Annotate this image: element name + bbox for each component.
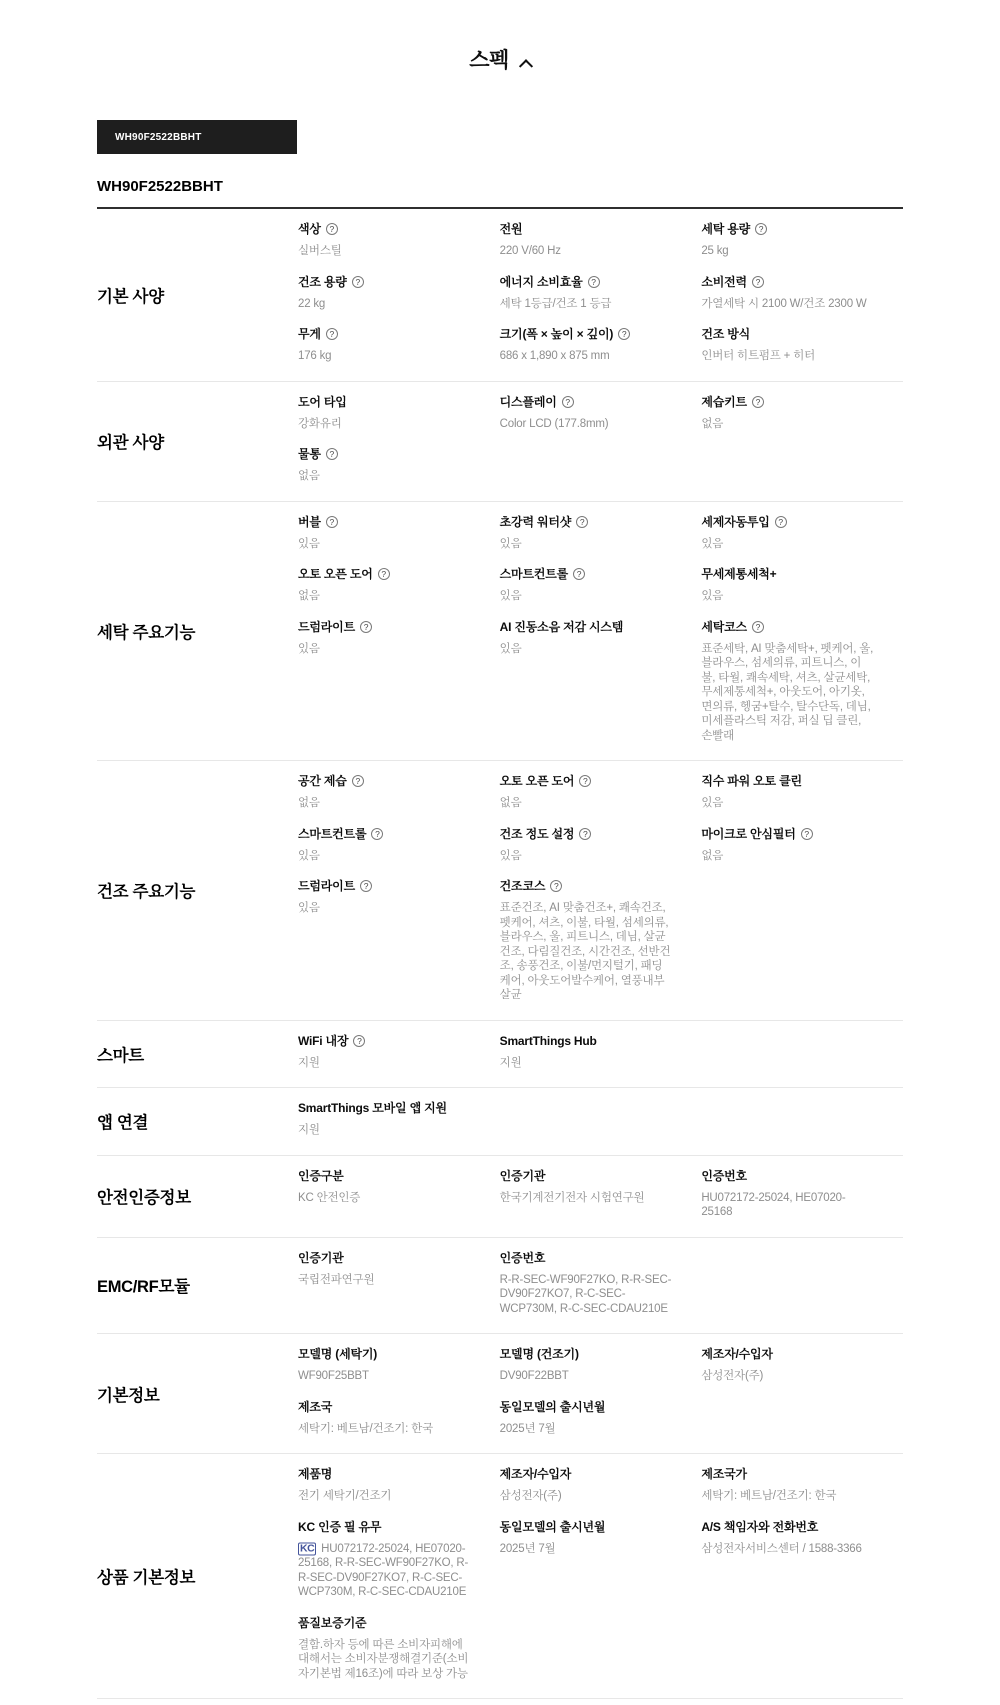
spec-value-row: 있음 [500, 589, 674, 604]
spec-label-row: 제조국 [298, 1400, 472, 1415]
section-grid: 색상 실버스틸 전원 220 V/60 Hz 세탁 용량 25 kg 건조 용량… [298, 216, 903, 374]
spec-label-row: 디스플레이 [500, 395, 674, 410]
spec-label: A/S 책임자와 전화번호 [701, 1520, 818, 1534]
spec-value: 220 V/60 Hz [500, 245, 561, 257]
spec-label-row: 도어 타입 [298, 395, 472, 410]
info-icon[interactable] [618, 328, 630, 340]
spec-cell: 버블 있음 [298, 509, 500, 562]
spec-label: 무세제통세척+ [701, 567, 776, 581]
spec-label-row: 동일모델의 출시년월 [500, 1400, 674, 1415]
spec-label-row: 모델명 (건조기) [500, 1347, 674, 1362]
spec-value: 25 kg [701, 245, 728, 257]
spec-label-row: 제조국가 [701, 1467, 875, 1482]
spec-value-row: 25 kg [701, 244, 875, 259]
info-icon[interactable] [352, 775, 364, 787]
spec-cell: 디스플레이 Color LCD (177.8mm) [500, 389, 702, 442]
spec-label: 마이크로 안심필터 [701, 827, 795, 841]
spec-label: 세탁 용량 [701, 222, 750, 236]
spec-value: 있음 [500, 850, 522, 862]
spec-value-row: 있음 [701, 796, 875, 811]
spec-value: 없음 [298, 590, 320, 602]
spec-table: 기본 사양 색상 실버스틸 전원 220 V/60 Hz 세탁 용량 25 kg… [97, 207, 903, 1699]
info-icon[interactable] [576, 516, 588, 528]
spec-cell: 세제자동투입 있음 [701, 509, 903, 562]
spec-value: 있음 [500, 643, 522, 655]
spec-label-row: 마이크로 안심필터 [701, 827, 875, 842]
spec-label: 제조자/수입자 [701, 1347, 773, 1361]
section-title: 안전인증정보 [97, 1163, 298, 1230]
info-icon[interactable] [326, 516, 338, 528]
spec-section-row: 세탁 주요기능 버블 있음 초강력 워터샷 있음 세제자동투입 있음 오토 오픈… [97, 502, 903, 762]
info-icon[interactable] [588, 276, 600, 288]
spec-value-row: 없음 [701, 849, 875, 864]
info-icon[interactable] [752, 396, 764, 408]
spec-value-row: 있음 [701, 589, 875, 604]
spec-value: 있음 [701, 590, 723, 602]
spec-label: 오토 오픈 도어 [500, 774, 575, 788]
spec-value: 삼성전자서비스센터 / 1588-3366 [701, 1543, 861, 1555]
spec-label-row: 버블 [298, 515, 472, 530]
spec-cell: 에너지 소비효율 세탁 1등급/건조 1 등급 [500, 269, 702, 322]
section-grid: WiFi 내장 지원 SmartThings Hub 지원 [298, 1028, 903, 1081]
spec-label: SmartThings 모바일 앱 지원 [298, 1101, 447, 1115]
spec-label: 제조국 [298, 1400, 332, 1414]
spec-section-row: 건조 주요기능 공간 제습 없음 오토 오픈 도어 없음 직수 파워 오토 클린… [97, 761, 903, 1021]
info-icon[interactable] [371, 828, 383, 840]
spec-cell: 색상 실버스틸 [298, 216, 500, 269]
spec-value: 없음 [701, 418, 723, 430]
spec-label-row: 모델명 (세탁기) [298, 1347, 472, 1362]
spec-cell: 건조 방식 인버터 히트펌프 + 히터 [701, 321, 903, 374]
spec-label: 건조 방식 [701, 327, 750, 341]
spec-value-row: 실버스틸 [298, 244, 472, 259]
spec-value-row: 인버터 히트펌프 + 히터 [701, 349, 875, 364]
section-grid: 인증구분 KC 안전인증 인증기관 한국기계전기전자 시험연구원 인증번호 HU… [298, 1163, 903, 1230]
spec-value-row: 220 V/60 Hz [500, 244, 674, 259]
spec-cell: 물통 없음 [298, 441, 500, 494]
spec-cell: 인증번호 R-R-SEC-WF90F27KO, R-R-SEC-DV90F27K… [500, 1245, 702, 1327]
info-icon[interactable] [579, 775, 591, 787]
spec-value-row: 강화유리 [298, 417, 472, 432]
spec-cell: 제조국가 세탁기: 베트남/건조기: 한국 [701, 1461, 903, 1514]
spec-label-row: 품질보증기준 [298, 1616, 472, 1631]
spec-value-row: 있음 [298, 537, 472, 552]
spec-value: 삼성전자(주) [500, 1490, 562, 1502]
info-icon[interactable] [775, 516, 787, 528]
spec-value-row: 지원 [298, 1123, 472, 1138]
spec-value: 삼성전자(주) [701, 1370, 763, 1382]
spec-cell: 소비전력 가열세탁 시 2100 W/건조 2300 W [701, 269, 903, 322]
model-tab-label: WH90F2522BBHT [115, 132, 202, 143]
spec-cell: 무세제통세척+ 있음 [701, 561, 903, 614]
spec-section-row: EMC/RF모듈 인증기관 국립전파연구원 인증번호 R-R-SEC-WF90F… [97, 1238, 903, 1335]
spec-cell: 건조 용량 22 kg [298, 269, 500, 322]
spec-value: 있음 [298, 902, 320, 914]
spec-label-row: SmartThings Hub [500, 1034, 674, 1049]
spec-label: 인증구분 [298, 1169, 344, 1183]
spec-label: WiFi 내장 [298, 1034, 348, 1048]
spec-label: 제조국가 [701, 1467, 747, 1481]
spec-value: 없음 [298, 797, 320, 809]
spec-value-row: Color LCD (177.8mm) [500, 417, 674, 432]
spec-cell: 인증구분 KC 안전인증 [298, 1163, 500, 1230]
page-title: 스펙 [469, 49, 509, 72]
spec-value-row: 세탁기: 베트남/건조기: 한국 [298, 1422, 472, 1437]
spec-value-row: 있음 [298, 901, 472, 916]
spec-cell: 드럼라이트 있음 [298, 614, 500, 754]
spec-value: 지원 [500, 1057, 522, 1069]
spec-section-row: 기본 사양 색상 실버스틸 전원 220 V/60 Hz 세탁 용량 25 kg… [97, 209, 903, 382]
section-grid: 제품명 전기 세탁기/건조기 제조자/수입자 삼성전자(주) 제조국가 세탁기:… [298, 1461, 903, 1691]
spec-value: 있음 [500, 538, 522, 550]
section-grid: 공간 제습 없음 오토 오픈 도어 없음 직수 파워 오토 클린 있음 스마트컨… [298, 768, 903, 1013]
spec-label: 인증기관 [298, 1251, 344, 1265]
info-icon[interactable] [562, 396, 574, 408]
spec-page: 스펙 WH90F2522BBHT WH90F2522BBHT 기본 사양 색상 … [0, 0, 1000, 1705]
spec-value: 실버스틸 [298, 245, 342, 257]
kc-mark-icon [298, 1542, 316, 1555]
spec-cell: KC 인증 필 유무 HU072172-25024, HE07020-25168… [298, 1514, 500, 1610]
spec-label-row: 건조 방식 [701, 327, 875, 342]
spec-cell: 드럼라이트 있음 [298, 873, 500, 1013]
spec-value-row: 지원 [298, 1056, 472, 1071]
spec-label: 인증기관 [500, 1169, 546, 1183]
spec-cell: 직수 파워 오토 클린 있음 [701, 768, 903, 821]
spec-label-row: AI 진동소음 저감 시스템 [500, 620, 674, 635]
spec-cell: 제조국 세탁기: 베트남/건조기: 한국 [298, 1394, 500, 1447]
spec-value: 2025년 7월 [500, 1543, 556, 1555]
section-title: 외관 사양 [97, 389, 298, 494]
spec-value-row: 있음 [500, 537, 674, 552]
spec-label-row: 인증번호 [701, 1169, 875, 1184]
spec-value-row: 있음 [298, 849, 472, 864]
spec-value-row: 국립전파연구원 [298, 1273, 472, 1288]
spec-section-row: 상품 기본정보 제품명 전기 세탁기/건조기 제조자/수입자 삼성전자(주) 제… [97, 1454, 903, 1699]
spec-label-row: 무게 [298, 327, 472, 342]
spec-value-row: 삼성전자서비스센터 / 1588-3366 [701, 1542, 875, 1557]
spec-label-row: 소비전력 [701, 275, 875, 290]
spec-cell: 스마트컨트롤 있음 [500, 561, 702, 614]
section-title: 스마트 [97, 1028, 298, 1081]
spec-label: AI 진동소음 저감 시스템 [500, 620, 624, 634]
spec-label: 건조 용량 [298, 275, 347, 289]
info-icon[interactable] [378, 568, 390, 580]
spec-value-row: 표준건조, AI 맞춤건조+, 쾌속건조, 펫케어, 셔츠, 이불, 타월, 섬… [500, 901, 674, 1003]
info-icon[interactable] [326, 223, 338, 235]
spec-label-row: 제품명 [298, 1467, 472, 1482]
spec-value-row: WF90F25BBT [298, 1369, 472, 1384]
spec-cell: 건조코스 표준건조, AI 맞춤건조+, 쾌속건조, 펫케어, 셔츠, 이불, … [500, 873, 702, 1013]
spec-label: 인증번호 [701, 1169, 747, 1183]
section-title: 앱 연결 [97, 1095, 298, 1148]
spec-value-row: 세탁기: 베트남/건조기: 한국 [701, 1489, 875, 1504]
spec-label-row: 오토 오픈 도어 [500, 774, 674, 789]
spec-value: 표준세탁, AI 맞춤세탁+, 펫케어, 울, 블라우스, 섬세의류, 피트니스… [701, 643, 873, 742]
section-title: EMC/RF모듈 [97, 1245, 298, 1327]
info-icon[interactable] [326, 448, 338, 460]
section-grid: 도어 타입 강화유리 디스플레이 Color LCD (177.8mm) 제습키… [298, 389, 903, 494]
spec-label: 직수 파워 오토 클린 [701, 774, 802, 788]
spec-value-row: 2025년 7월 [500, 1542, 674, 1557]
spec-cell: 오토 오픈 도어 없음 [500, 768, 702, 821]
spec-cell: 인증기관 한국기계전기전자 시험연구원 [500, 1163, 702, 1230]
spec-label: SmartThings Hub [500, 1034, 597, 1048]
section-title: 건조 주요기능 [97, 768, 298, 1013]
spec-value: DV90F22BBT [500, 1370, 569, 1382]
spec-cell: 전원 220 V/60 Hz [500, 216, 702, 269]
spec-label-row: A/S 책임자와 전화번호 [701, 1520, 875, 1535]
spec-label: 품질보증기준 [298, 1616, 366, 1630]
spec-section-row: 기본정보 모델명 (세탁기) WF90F25BBT 모델명 (건조기) DV90… [97, 1334, 903, 1454]
spec-label: 드럼라이트 [298, 620, 355, 634]
spec-value-row: 686 x 1,890 x 875 mm [500, 349, 674, 364]
spec-section-toggle[interactable]: 스펙 [0, 0, 1000, 74]
spec-value-row: 결함.하자 등에 따른 소비자피해에 대해서는 소비자분쟁해결기준(소비자기본법… [298, 1638, 472, 1682]
spec-value: Color LCD (177.8mm) [500, 418, 609, 430]
spec-value-row: 있음 [298, 642, 472, 657]
spec-label-row: 건조코스 [500, 879, 674, 894]
spec-value: 없음 [701, 850, 723, 862]
spec-label: 물통 [298, 447, 321, 461]
spec-cell: 초강력 워터샷 있음 [500, 509, 702, 562]
spec-label: 스마트컨트롤 [500, 567, 568, 581]
spec-label-row: 인증번호 [500, 1251, 674, 1266]
spec-value: 세탁기: 베트남/건조기: 한국 [701, 1490, 836, 1502]
spec-label: 오토 오픈 도어 [298, 567, 373, 581]
spec-cell: SmartThings Hub 지원 [500, 1028, 702, 1081]
info-icon[interactable] [752, 621, 764, 633]
spec-value: KC 안전인증 [298, 1192, 360, 1204]
spec-label: 모델명 (건조기) [500, 1347, 579, 1361]
spec-value: 가열세탁 시 2100 W/건조 2300 W [701, 298, 866, 310]
spec-cell: 공간 제습 없음 [298, 768, 500, 821]
spec-value-row: 가열세탁 시 2100 W/건조 2300 W [701, 297, 875, 312]
spec-value: 있음 [298, 643, 320, 655]
spec-label-row: 드럼라이트 [298, 620, 472, 635]
spec-section-row: 스마트 WiFi 내장 지원 SmartThings Hub 지원 [97, 1021, 903, 1089]
spec-cell: 건조 정도 설정 있음 [500, 821, 702, 874]
spec-cell: 동일모델의 출시년월 2025년 7월 [500, 1514, 702, 1610]
info-icon[interactable] [360, 880, 372, 892]
spec-cell: 모델명 (세탁기) WF90F25BBT [298, 1341, 500, 1394]
spec-label: 버블 [298, 515, 321, 529]
spec-value: 표준건조, AI 맞춤건조+, 쾌속건조, 펫케어, 셔츠, 이불, 타월, 섬… [500, 902, 671, 1001]
spec-value-row: 22 kg [298, 297, 472, 312]
spec-value: WF90F25BBT [298, 1370, 369, 1382]
spec-value-row: 있음 [701, 537, 875, 552]
spec-label-row: 세제자동투입 [701, 515, 875, 530]
spec-label-row: 직수 파워 오토 클린 [701, 774, 875, 789]
spec-value: 있음 [298, 850, 320, 862]
spec-cell: A/S 책임자와 전화번호 삼성전자서비스센터 / 1588-3366 [701, 1514, 903, 1610]
info-icon[interactable] [353, 1035, 365, 1047]
spec-label: 건조코스 [500, 879, 546, 893]
spec-value-row: 삼성전자(주) [701, 1369, 875, 1384]
chevron-up-icon[interactable] [519, 59, 533, 73]
spec-value-row: 없음 [298, 589, 472, 604]
spec-cell: 스마트컨트롤 있음 [298, 821, 500, 874]
spec-value: 지원 [298, 1057, 320, 1069]
spec-cell: AI 진동소음 저감 시스템 있음 [500, 614, 702, 754]
spec-value-row: 있음 [500, 642, 674, 657]
spec-cell: 세탁코스 표준세탁, AI 맞춤세탁+, 펫케어, 울, 블라우스, 섬세의류,… [701, 614, 903, 754]
spec-value: 176 kg [298, 350, 331, 362]
spec-cell: SmartThings 모바일 앱 지원 지원 [298, 1095, 500, 1148]
spec-value: 세탁기: 베트남/건조기: 한국 [298, 1423, 433, 1435]
spec-value: 있음 [500, 590, 522, 602]
section-title: 상품 기본정보 [97, 1461, 298, 1691]
info-icon[interactable] [326, 328, 338, 340]
spec-cell: 제조자/수입자 삼성전자(주) [701, 1341, 903, 1394]
spec-value-row: 없음 [701, 417, 875, 432]
spec-label: 건조 정도 설정 [500, 827, 575, 841]
spec-label-row: 전원 [500, 222, 674, 237]
spec-value-row: 176 kg [298, 349, 472, 364]
spec-value: 인버터 히트펌프 + 히터 [701, 350, 815, 362]
spec-value-row: 한국기계전기전자 시험연구원 [500, 1191, 674, 1206]
spec-label-row: 제조자/수입자 [500, 1467, 674, 1482]
spec-cell: 크기(폭 × 높이 × 깊이) 686 x 1,890 x 875 mm [500, 321, 702, 374]
spec-value: 2025년 7월 [500, 1423, 556, 1435]
spec-label-row: 오토 오픈 도어 [298, 567, 472, 582]
spec-label: 초강력 워터샷 [500, 515, 572, 529]
info-icon[interactable] [801, 828, 813, 840]
spec-label: 공간 제습 [298, 774, 347, 788]
spec-section-row: 안전인증정보 인증구분 KC 안전인증 인증기관 한국기계전기전자 시험연구원 … [97, 1156, 903, 1238]
spec-cell: 도어 타입 강화유리 [298, 389, 500, 442]
spec-label: 제조자/수입자 [500, 1467, 572, 1481]
spec-value-row: DV90F22BBT [500, 1369, 674, 1384]
spec-label: 디스플레이 [500, 395, 557, 409]
spec-value-row: 없음 [298, 796, 472, 811]
spec-value-row: HU072172-25024, HE07020-25168, R-R-SEC-W… [298, 1542, 472, 1600]
spec-value: 22 kg [298, 298, 325, 310]
spec-cell: 제품명 전기 세탁기/건조기 [298, 1461, 500, 1514]
spec-value-row: 전기 세탁기/건조기 [298, 1489, 472, 1504]
spec-value-row: 세탁 1등급/건조 1 등급 [500, 297, 674, 312]
spec-value-row: 지원 [500, 1056, 674, 1071]
section-title: 세탁 주요기능 [97, 509, 298, 754]
spec-label: KC 인증 필 유무 [298, 1520, 381, 1534]
spec-value-row: HU072172-25024, HE07020-25168 [701, 1191, 875, 1220]
spec-section-row: 외관 사양 도어 타입 강화유리 디스플레이 Color LCD (177.8m… [97, 382, 903, 502]
spec-label: 크기(폭 × 높이 × 깊이) [500, 327, 614, 341]
section-grid: 버블 있음 초강력 워터샷 있음 세제자동투입 있음 오토 오픈 도어 없음 스… [298, 509, 903, 754]
spec-value-row: 없음 [500, 796, 674, 811]
spec-cell: 제습키트 없음 [701, 389, 903, 442]
spec-label-row: 인증구분 [298, 1169, 472, 1184]
spec-label: 에너지 소비효율 [500, 275, 583, 289]
spec-value: 세탁 1등급/건조 1 등급 [500, 298, 612, 310]
spec-label-row: 동일모델의 출시년월 [500, 1520, 674, 1535]
info-icon[interactable] [752, 276, 764, 288]
spec-label-row: 크기(폭 × 높이 × 깊이) [500, 327, 674, 342]
spec-cell: 모델명 (건조기) DV90F22BBT [500, 1341, 702, 1394]
section-title: 기본정보 [97, 1341, 298, 1446]
spec-label-row: 색상 [298, 222, 472, 237]
spec-label-row: 인증기관 [298, 1251, 472, 1266]
spec-label: 제습키트 [701, 395, 747, 409]
spec-label-row: 제습키트 [701, 395, 875, 410]
info-icon[interactable] [755, 223, 767, 235]
section-grid: 인증기관 국립전파연구원 인증번호 R-R-SEC-WF90F27KO, R-R… [298, 1245, 903, 1327]
spec-cell: 마이크로 안심필터 없음 [701, 821, 903, 874]
spec-cell: 오토 오픈 도어 없음 [298, 561, 500, 614]
spec-cell: WiFi 내장 지원 [298, 1028, 500, 1081]
spec-label: 인증번호 [500, 1251, 546, 1265]
spec-value: 686 x 1,890 x 875 mm [500, 350, 610, 362]
spec-value: 있음 [298, 538, 320, 550]
spec-value: 국립전파연구원 [298, 1274, 374, 1286]
section-grid: SmartThings 모바일 앱 지원 지원 [298, 1095, 903, 1148]
spec-value: HU072172-25024, HE07020-25168, R-R-SEC-W… [298, 1543, 468, 1599]
spec-value: 전기 세탁기/건조기 [298, 1490, 391, 1502]
spec-label-row: 인증기관 [500, 1169, 674, 1184]
spec-value: R-R-SEC-WF90F27KO, R-R-SEC-DV90F27KO7, R… [500, 1274, 672, 1315]
spec-label-row: 초강력 워터샷 [500, 515, 674, 530]
spec-label: 드럼라이트 [298, 879, 355, 893]
spec-value: 지원 [298, 1124, 320, 1136]
spec-label: 소비전력 [701, 275, 747, 289]
spec-value-row: KC 안전인증 [298, 1191, 472, 1206]
spec-cell: 인증기관 국립전파연구원 [298, 1245, 500, 1327]
spec-value-row: 없음 [298, 469, 472, 484]
spec-label: 제품명 [298, 1467, 332, 1481]
section-grid: 모델명 (세탁기) WF90F25BBT 모델명 (건조기) DV90F22BB… [298, 1341, 903, 1446]
spec-value-row: 있음 [500, 849, 674, 864]
spec-label: 동일모델의 출시년월 [500, 1400, 606, 1414]
spec-label: 동일모델의 출시년월 [500, 1520, 606, 1534]
spec-cell: 품질보증기준 결함.하자 등에 따른 소비자피해에 대해서는 소비자분쟁해결기준… [298, 1610, 500, 1692]
spec-cell: 제조자/수입자 삼성전자(주) [500, 1461, 702, 1514]
spec-value: 없음 [298, 470, 320, 482]
spec-label-row: 건조 정도 설정 [500, 827, 674, 842]
spec-value: 한국기계전기전자 시험연구원 [500, 1192, 645, 1204]
model-tab[interactable]: WH90F2522BBHT [97, 120, 297, 154]
spec-label-row: 제조자/수입자 [701, 1347, 875, 1362]
spec-value-row: R-R-SEC-WF90F27KO, R-R-SEC-DV90F27KO7, R… [500, 1273, 674, 1317]
spec-label-row: 스마트컨트롤 [500, 567, 674, 582]
spec-cell: 인증번호 HU072172-25024, HE07020-25168 [701, 1163, 903, 1230]
spec-label: 색상 [298, 222, 321, 236]
spec-value-row: 2025년 7월 [500, 1422, 674, 1437]
spec-value: 결함.하자 등에 따른 소비자피해에 대해서는 소비자분쟁해결기준(소비자기본법… [298, 1639, 468, 1680]
info-icon[interactable] [360, 621, 372, 633]
info-icon[interactable] [550, 880, 562, 892]
spec-value-row: 표준세탁, AI 맞춤세탁+, 펫케어, 울, 블라우스, 섬세의류, 피트니스… [701, 642, 875, 744]
spec-label-row: KC 인증 필 유무 [298, 1520, 472, 1535]
spec-label-row: 무세제통세척+ [701, 567, 875, 582]
section-title: 기본 사양 [97, 216, 298, 374]
spec-value: 없음 [500, 797, 522, 809]
info-icon[interactable] [573, 568, 585, 580]
spec-label-row: 에너지 소비효율 [500, 275, 674, 290]
spec-value: 있음 [701, 797, 723, 809]
spec-label: 모델명 (세탁기) [298, 1347, 377, 1361]
info-icon[interactable] [352, 276, 364, 288]
spec-label-row: 세탁 용량 [701, 222, 875, 237]
info-icon[interactable] [579, 828, 591, 840]
spec-label: 전원 [500, 222, 523, 236]
spec-cell: 동일모델의 출시년월 2025년 7월 [500, 1394, 702, 1447]
spec-value: 강화유리 [298, 418, 342, 430]
spec-cell: 세탁 용량 25 kg [701, 216, 903, 269]
spec-label-row: SmartThings 모바일 앱 지원 [298, 1101, 472, 1116]
spec-label-row: 물통 [298, 447, 472, 462]
spec-value: 있음 [701, 538, 723, 550]
spec-label-row: 세탁코스 [701, 620, 875, 635]
spec-label-row: 스마트컨트롤 [298, 827, 472, 842]
